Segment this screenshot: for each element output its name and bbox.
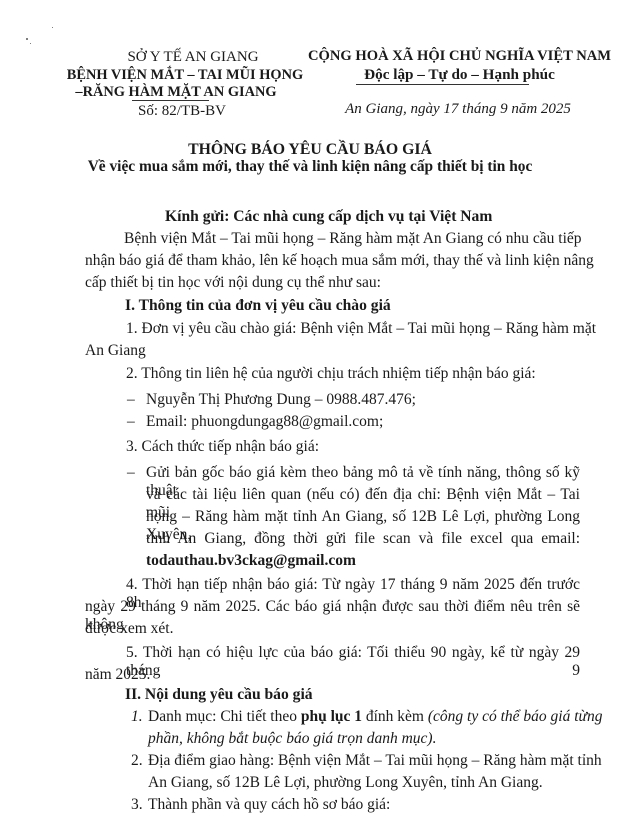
item-1-line: An Giang [85, 342, 146, 360]
item-1-note: (công ty có thể báo giá từng [428, 708, 603, 725]
hospital-name-line1: BỆNH VIỆN MẮT – TAI MŨI HỌNG [65, 67, 305, 84]
item-4-line: được xem xét. [85, 620, 173, 638]
delivery-location-line: An Giang, số 12B Lê Lợi, phường Long Xuy… [148, 774, 543, 792]
section-2-heading: II. Nội dung yêu cầu báo giá [125, 686, 313, 704]
appendix-reference: phụ lục 1 [301, 708, 362, 725]
contact-email: Email: phuongdungag88@gmail.com; [146, 413, 383, 431]
document-subtitle: Về việc mua sắm mới, thay thế và linh ki… [0, 158, 620, 176]
country-name: CỘNG HOÀ XÃ HỘI CHỦ NGHĨA VIỆT NAM [303, 48, 616, 65]
item-5-line: 5. Thời hạn có hiệu lực của báo giá: Tối… [126, 644, 580, 680]
submission-email: todauthau.bv3ckag@gmail.com [146, 552, 356, 570]
list-number: 2. [131, 752, 143, 770]
list-number: 1. [131, 708, 143, 726]
motto-underline [356, 84, 529, 85]
item-1-prefix: Danh mục: Chi tiết theo [148, 708, 301, 725]
hospital-name-line2: –RĂNG HÀM MẶT AN GIANG [65, 84, 287, 101]
list-number: 3. [131, 796, 143, 814]
scan-speck [52, 27, 53, 28]
delivery-location-line: Địa điểm giao hàng: Bệnh viện Mắt – Tai … [148, 752, 602, 770]
document-title: THÔNG BÁO YÊU CẦU BÁO GIÁ [0, 141, 620, 159]
bullet-dash: – [127, 391, 135, 409]
item-2: 2. Thông tin liên hệ của người chịu trác… [126, 365, 536, 383]
item-3: 3. Cách thức tiếp nhận báo giá: [126, 438, 319, 456]
document-number: Số: 82/TB-BV [132, 103, 232, 120]
intro-line: cấp thiết bị tin học với nội dung cụ thể… [85, 274, 381, 292]
intro-line: Bệnh viện Mắt – Tai mũi họng – Răng hàm … [124, 230, 582, 248]
bullet-dash: – [127, 464, 135, 482]
bullet-dash: – [127, 413, 135, 431]
recipient: Kính gửi: Các nhà cung cấp dịch vụ tại V… [165, 208, 492, 226]
national-motto: Độc lập – Tự do – Hạnh phúc [353, 66, 566, 84]
section-2-item-1: Danh mục: Chi tiết theo phụ lục 1 đính k… [148, 708, 603, 726]
header-left-underline [132, 100, 209, 101]
item-1-mid: đính kèm [362, 708, 428, 725]
scan-speck [30, 43, 31, 44]
date-place: An Giang, ngày 17 tháng 9 năm 2025 [333, 101, 583, 118]
item-3-line: tỉnh An Giang, đồng thời gửi file scan v… [146, 530, 580, 548]
scan-speck [26, 38, 28, 40]
contact-name-phone: Nguyễn Thị Phương Dung – 0988.487.476; [146, 391, 416, 409]
item-5-line: năm 2025. [85, 666, 150, 684]
item-1-line: 1. Đơn vị yêu cầu chào giá: Bệnh viện Mắ… [126, 320, 596, 338]
section-1-heading: I. Thông tin của đơn vị yêu cầu chào giá [125, 297, 391, 315]
item-1-note-cont: phần, không bắt buộc báo giá trọn danh m… [148, 730, 436, 748]
section-2-item-3: Thành phần và quy cách hồ sơ báo giá: [148, 796, 390, 814]
intro-line: nhận báo giá để tham khảo, lên kế hoạch … [85, 252, 594, 270]
department-name: SỞ Y TẾ AN GIANG [118, 49, 268, 66]
